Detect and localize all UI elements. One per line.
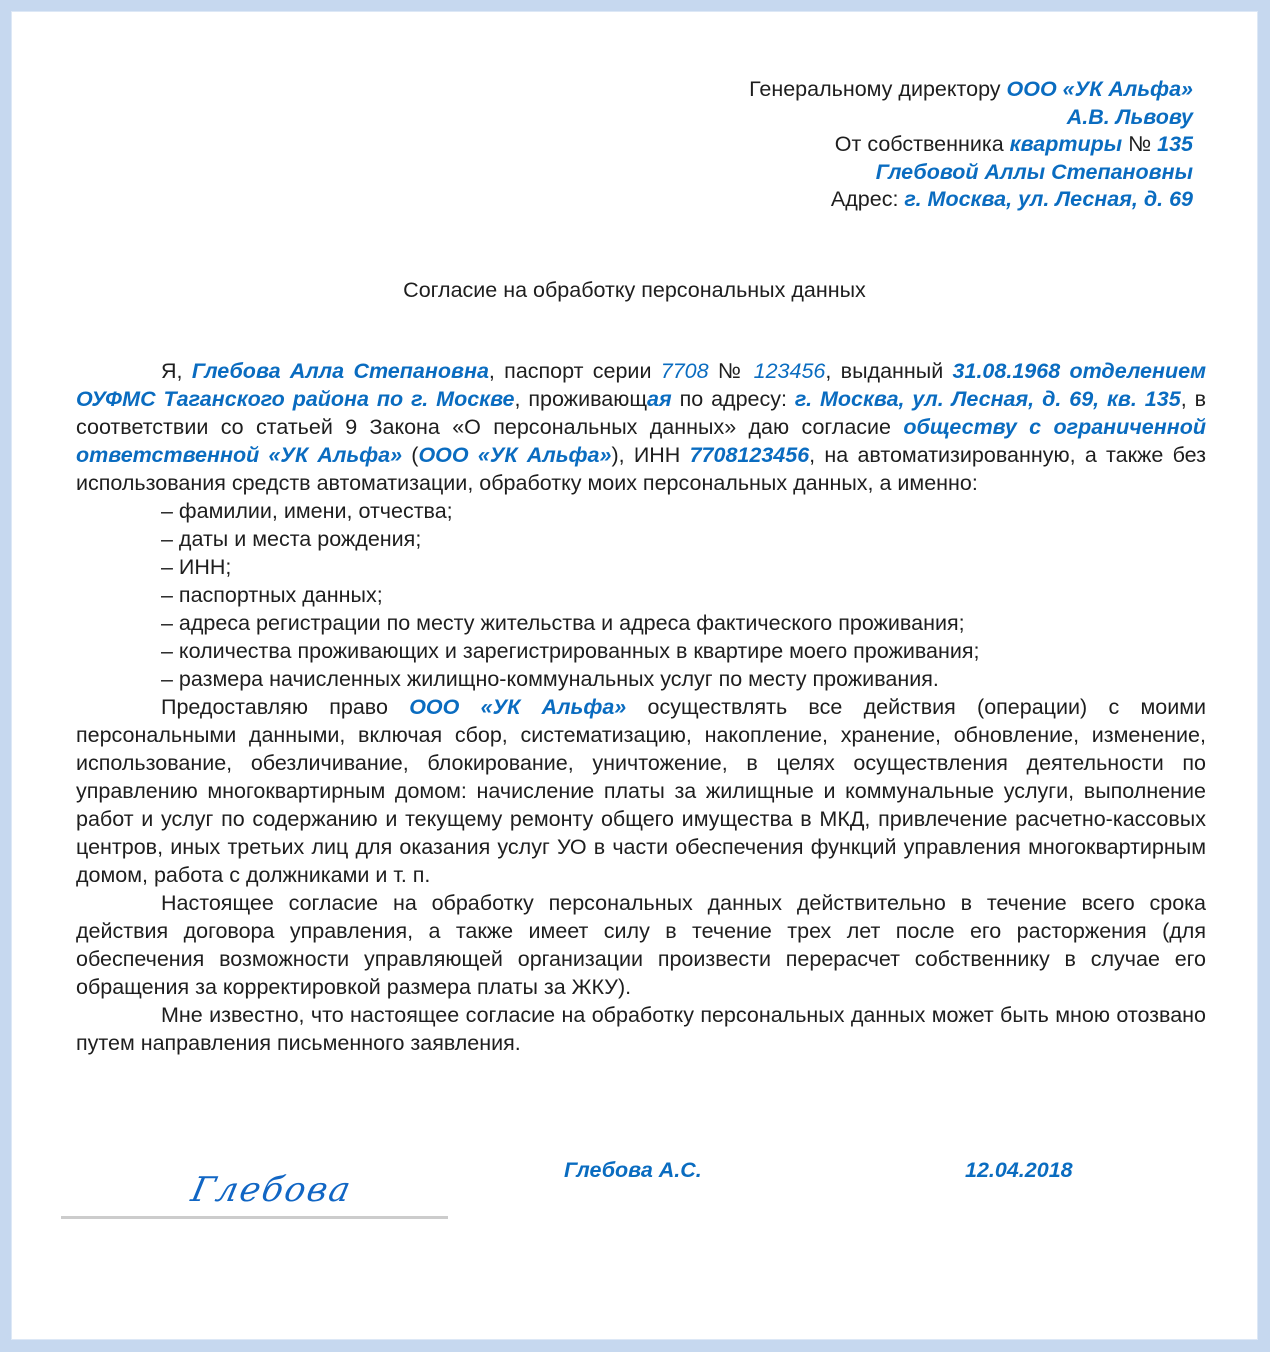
- list-item: – паспортных данных;: [161, 581, 1206, 609]
- full-name: Глебова Алла Степановна: [192, 359, 489, 383]
- text-run: Адрес:: [831, 187, 905, 211]
- passport-series: 7708: [661, 359, 709, 383]
- text-run: , выданный: [825, 359, 952, 383]
- text-run: квартиры: [1010, 132, 1122, 156]
- text-run: , проживающ: [514, 387, 647, 411]
- company-name: ООО «УК Альфа»: [1007, 77, 1193, 101]
- full-address: г. Москва, ул. Лесная, д. 69, кв. 135: [795, 387, 1181, 411]
- text-run: Предоставляю право: [161, 695, 409, 719]
- text-run: От собственника: [835, 132, 1010, 156]
- text-run: Я,: [161, 359, 192, 383]
- text-run: ООО «УК Альфа»: [409, 695, 626, 719]
- rights-paragraph: Предоставляю право ООО «УК Альфа» осущес…: [76, 693, 1206, 889]
- document-page: Генеральному директору ООО «УК Альфа» А.…: [11, 11, 1258, 1340]
- text-run: ), ИНН: [611, 443, 689, 467]
- list-item: – количества проживающих и зарегистриров…: [161, 637, 1206, 665]
- director-name: А.В. Львову: [749, 104, 1193, 132]
- owner-name: Глебовой Аллы Степановны: [749, 159, 1193, 187]
- list-item: – ИНН;: [161, 553, 1206, 581]
- text-run: ая: [647, 387, 672, 411]
- text-run: осуществлять все действия (операции) с м…: [76, 695, 1206, 887]
- sender-line: От собственника квартиры № 135: [749, 131, 1193, 159]
- apartment-number: 135: [1157, 132, 1193, 156]
- signature-line: [61, 1216, 448, 1219]
- revocation-paragraph: Мне известно, что настоящее согласие на …: [76, 1001, 1206, 1057]
- addressee-line: Генеральному директору ООО «УК Альфа»: [749, 76, 1193, 104]
- list-item: – даты и места рождения;: [161, 525, 1206, 553]
- validity-paragraph: Настоящее согласие на обработку персонал…: [76, 889, 1206, 1001]
- addressee-block: Генеральному директору ООО «УК Альфа» А.…: [749, 76, 1193, 214]
- text-run: , паспорт серии: [489, 359, 661, 383]
- text-run: №: [709, 359, 754, 383]
- text-run: №: [1122, 132, 1157, 156]
- text-run: (: [402, 443, 418, 467]
- handwritten-signature: Глебова: [188, 1170, 356, 1210]
- address-line: Адрес: г. Москва, ул. Лесная, д. 69: [749, 186, 1193, 214]
- signature-date: 12.04.2018: [965, 1158, 1073, 1183]
- document-title: Согласие на обработку персональных данны…: [12, 278, 1257, 303]
- issue-date: 31.08.1968: [953, 359, 1061, 383]
- data-items-list: – фамилии, имени, отчества; – даты и мес…: [76, 497, 1206, 693]
- document-body: Я, Глебова Алла Степановна, паспорт сери…: [76, 357, 1206, 1057]
- text-run: Генеральному директору: [749, 77, 1006, 101]
- owner-address: г. Москва, ул. Лесная, д. 69: [904, 187, 1193, 211]
- inn: 7708123456: [690, 443, 810, 467]
- text-run: ООО «УК Альфа»: [418, 443, 611, 467]
- consent-paragraph: Я, Глебова Алла Степановна, паспорт сери…: [76, 357, 1206, 497]
- text-run: по адресу:: [672, 387, 795, 411]
- signer-name: Глебова А.С.: [564, 1158, 702, 1183]
- list-item: – адреса регистрации по месту жительства…: [161, 609, 1206, 637]
- passport-number: 123456: [754, 359, 826, 383]
- list-item: – фамилии, имени, отчества;: [161, 497, 1206, 525]
- list-item: – размера начисленных жилищно-коммунальн…: [161, 665, 1206, 693]
